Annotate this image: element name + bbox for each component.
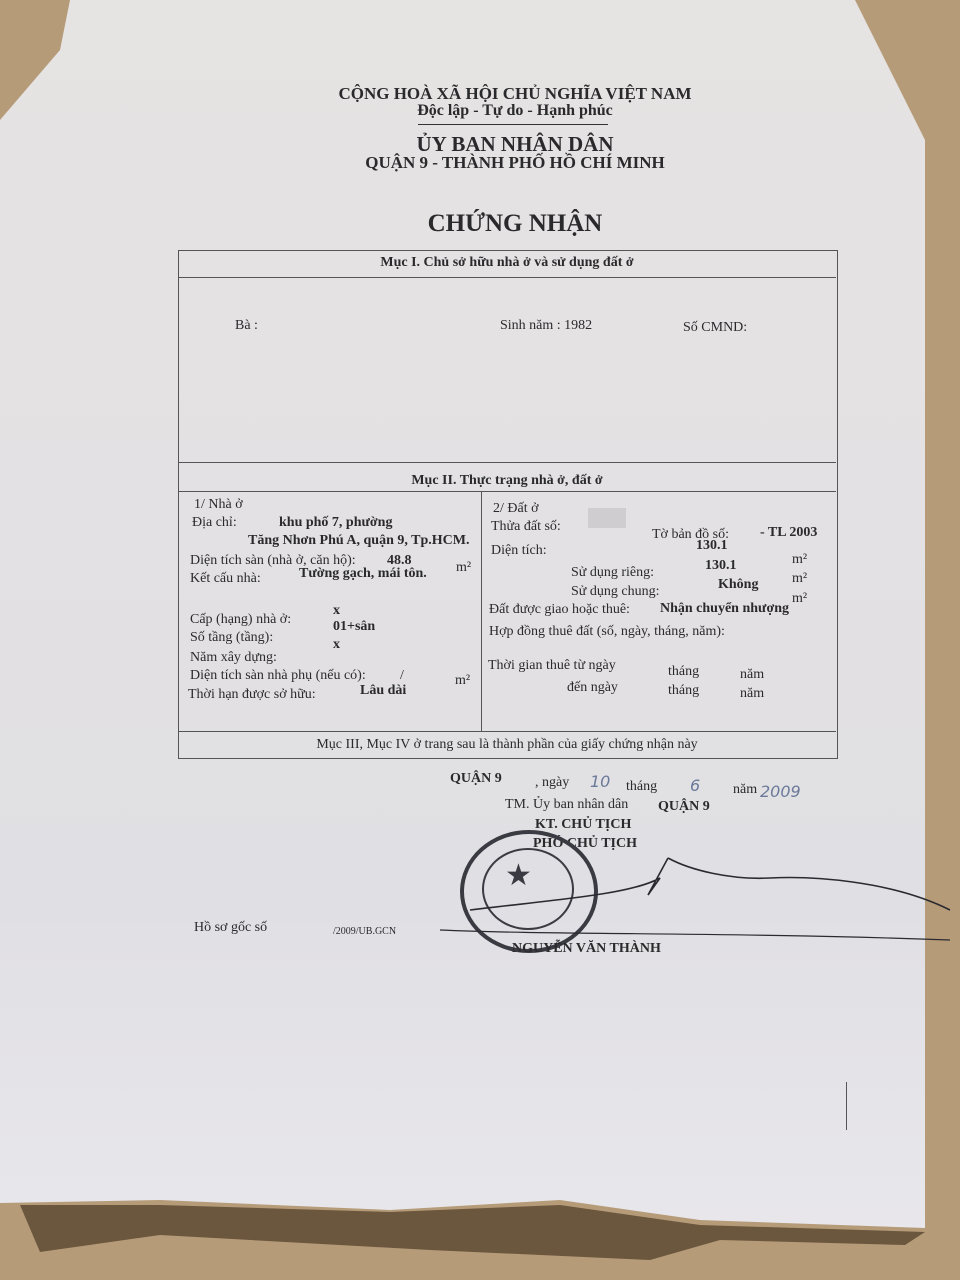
on-behalf: TM. Ủy ban nhân dân [505,797,628,813]
address-line1: khu phố 7, phường [279,515,392,531]
signing-place: QUẬN 9 [450,771,502,787]
record-number: /2009/UB.GCN [333,926,396,937]
private-use-label: Sử dụng riêng: [571,565,654,581]
on-behalf-district: QUẬN 9 [658,799,710,815]
section1-heading: Mục I. Chủ sở hữu nhà ở và sử dụng đất ở [178,255,836,271]
aux-area-value: / [400,668,404,684]
area-label: Diện tích: [491,543,547,559]
divider [178,277,836,278]
allocation-label: Đất được giao hoặc thuê: [489,602,630,618]
motto-underline [418,124,608,125]
ownership-term-value: Lâu dài [360,683,406,699]
year-label: năm [733,782,757,798]
common-use-value: Không [718,577,758,593]
divider [178,491,836,492]
floor-area-unit: m² [456,560,471,576]
private-use-unit: m² [792,571,807,587]
grade-label: Cấp (hạng) nhà ở: [190,612,291,628]
land-heading: 2/ Đất ở [493,501,539,517]
parcel-label: Thửa đất số: [491,519,561,535]
aux-area-unit: m² [455,673,470,689]
signature-icon [430,840,960,960]
floors-label: Số tầng (tầng): [190,630,273,646]
grade-value: x [333,603,340,619]
record-label: Hồ sơ gốc số [194,920,267,936]
divider [178,462,836,463]
motto: Độc lập - Tự do - Hạnh phúc [300,102,730,120]
floors-value: 01+sân [333,619,375,635]
month-label: tháng [626,779,657,795]
month-value: 6 [690,776,700,795]
district: QUẬN 9 - THÀNH PHỐ HỒ CHÍ MINH [300,153,730,173]
id-number-label: Số CMND: [683,320,747,336]
lease-to-year: năm [740,686,764,702]
common-use-unit: m² [792,591,807,607]
structure-value: Tường gạch, mái tôn. [299,566,427,582]
common-use-label: Sử dụng chung: [571,584,659,600]
document-title: CHỨNG NHẬN [300,210,730,238]
year-built-label: Năm xây dựng: [190,650,277,666]
map-sheet-value: - TL 2003 [760,525,817,541]
lease-from-label: Thời gian thuê từ ngày [488,658,616,674]
role-chairman: KT. CHỦ TỊCH [535,817,631,833]
house-heading: 1/ Nhà ở [194,497,243,513]
structure-label: Kết cấu nhà: [190,571,261,587]
year-built-value: x [333,637,340,653]
redacted-parcel-number [588,508,626,528]
divider [481,491,482,731]
section2-heading: Mục II. Thực trạng nhà ở, đất ở [178,473,836,489]
area-value: 130.1 [696,538,728,554]
owner-label: Bà : [235,318,258,334]
lease-contract-label: Hợp đồng thuê đất (số, ngày, tháng, năm)… [489,624,725,640]
day-label: , ngày [535,775,569,791]
lease-to-label: đến ngày [567,680,618,696]
area-unit: m² [792,552,807,568]
ownership-term-label: Thời hạn được sở hữu: [188,687,316,703]
private-use-value: 130.1 [705,558,737,574]
footer-note: Mục III, Mục IV ở trang sau là thành phầ… [178,737,836,753]
margin-mark [846,1082,847,1130]
lease-to-month: tháng [668,683,699,699]
allocation-value: Nhận chuyển nhượng [660,601,789,617]
divider [178,731,836,732]
country-name: CỘNG HOÀ XÃ HỘI CHỦ NGHĨA VIỆT NAM [300,84,730,104]
lease-from-month: tháng [668,664,699,680]
birth-year: Sinh năm : 1982 [500,318,592,334]
day-value: 10 [590,772,610,791]
lease-from-year: năm [740,667,764,683]
address-line2: Tăng Nhơn Phú A, quận 9, Tp.HCM. [248,533,469,549]
year-value: 2009 [760,782,801,801]
address-label: Địa chỉ: [192,515,237,531]
aux-area-label: Diện tích sàn nhà phụ (nếu có): [190,668,366,684]
signer-name: NGUYỄN VĂN THÀNH [512,941,661,957]
